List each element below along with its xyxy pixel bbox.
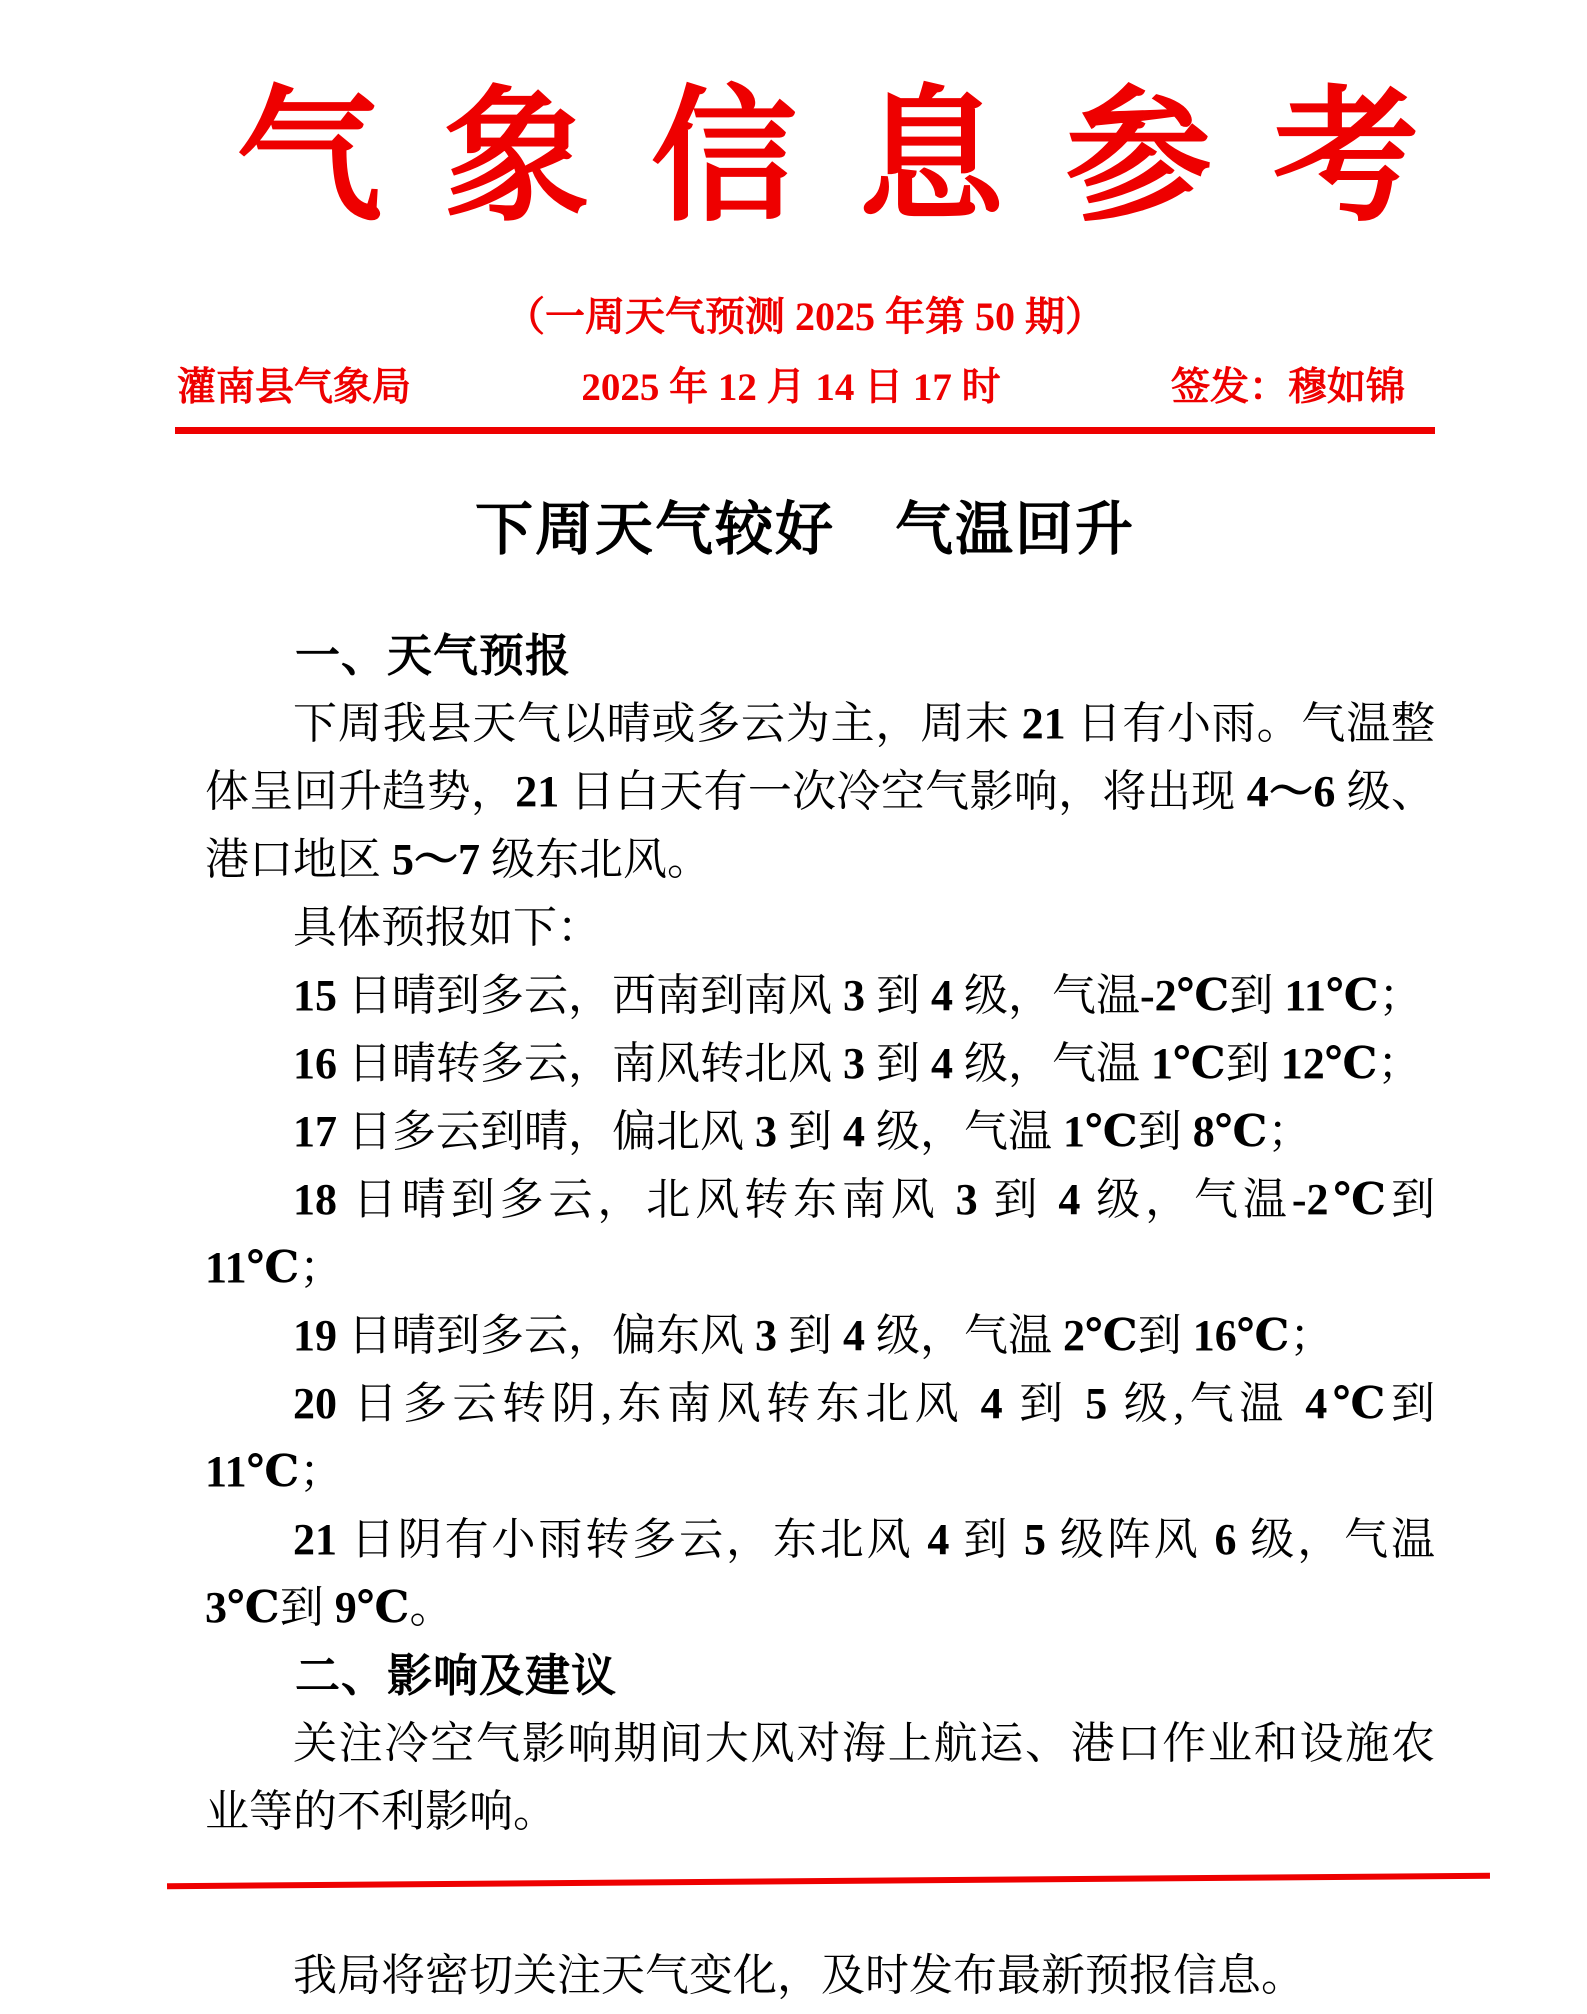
document-title: 下周天气较好 气温回升 (175, 492, 1435, 568)
forecast-day-18: 18 日晴到多云，北风转东南风 3 到 4 级，气温-2℃到 11℃； (205, 1166, 1435, 1302)
impact-paragraph: 关注冷空气影响期间大风对海上航运、港口作业和设施农业等的不利影响。 (205, 1710, 1435, 1846)
signer-label: 签发：穆如锦 (1171, 363, 1405, 413)
forecast-day-21: 21 日阴有小雨转多云，东北风 4 到 5 级阵风 6 级，气温 3℃到 9℃。 (205, 1506, 1435, 1642)
section2-heading: 二、影响及建议 (205, 1642, 1435, 1710)
forecast-day-15: 15 日晴到多云，西南到南风 3 到 4 级，气温-2℃到 11℃； (205, 962, 1435, 1030)
forecast-day-19: 19 日晴到多云，偏东风 3 到 4 级，气温 2℃到 16℃； (205, 1302, 1435, 1370)
closing-note: 我局将密切关注天气变化，及时发布最新预报信息。 (205, 1942, 1435, 2010)
issue-datetime: 2025 年 12 月 14 日 17 时 (581, 363, 1000, 413)
forecast-day-17: 17 日多云到晴，偏北风 3 到 4 级，气温 1℃到 8℃； (205, 1098, 1435, 1166)
issue-subtitle: （一周天气预测 2025 年第 50 期） (175, 291, 1435, 343)
forecast-day-20: 20 日多云转阴,东南风转东北风 4 到 5 级,气温 4℃到 11℃； (205, 1370, 1435, 1506)
weather-bulletin-page: 气象信息参考 （一周天气预测 2025 年第 50 期） 灌南县气象局 2025… (0, 0, 1587, 2014)
forecast-day-16: 16 日晴转多云，南风转北风 3 到 4 级，气温 1℃到 12℃； (205, 1030, 1435, 1098)
lead-in-line: 具体预报如下： (205, 894, 1435, 962)
section1-heading: 一、天气预报 (205, 622, 1435, 690)
header-row: 灌南县气象局 2025 年 12 月 14 日 17 时 签发：穆如锦 (175, 363, 1435, 413)
header-divider (175, 427, 1435, 434)
issuing-agency: 灌南县气象局 (177, 363, 411, 413)
masthead-title: 气象信息参考 (175, 78, 1435, 239)
intro-paragraph: 下周我县天气以晴或多云为主，周末 21 日有小雨。气温整体呈回升趋势，21 日白… (205, 690, 1435, 894)
document-body: 一、天气预报 下周我县天气以晴或多云为主，周末 21 日有小雨。气温整体呈回升趋… (175, 622, 1435, 2010)
